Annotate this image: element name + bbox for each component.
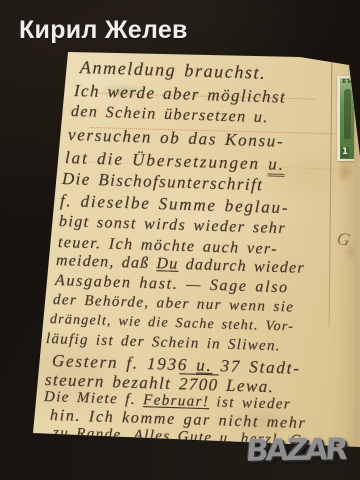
bazar-watermark-logo: BAZAR [245,435,347,467]
margin-scribble: G [335,228,352,251]
postcard-photo: Anmeldung brauchst. Ich werde aber mögli… [0,0,360,480]
handwriting-line: f. dieselbe Summe beglau- [60,192,290,216]
handwriting-line: der Behörde, aber nur wenn sie [53,293,295,316]
stamp-figure-icon [344,89,351,139]
handwriting-segment: u. [196,356,213,376]
handwriting-line: Anmeldung brauchst. [80,58,267,82]
handwriting-line: Ich werde aber möglichst [74,82,287,106]
stamp-value: 1 [341,147,349,158]
listing-title: Кирил Желев [19,16,188,45]
handwriting-segment: dadurch wieder [178,256,305,277]
postage-stamp: БЪ 1 [337,76,354,161]
handwriting-segment: Februar! [143,392,210,410]
handwriting-line: bigt sonst wirds wieder sehr [59,214,286,237]
handwriting-segment: 2700 [179,374,219,394]
handwriting-segment: ist wieder [209,394,291,413]
handwriting-line: Die Bischofsunterschrift [62,170,264,193]
stamp-country-label: БЪ [340,79,354,85]
handwriting-segment: meiden, daß [56,252,157,272]
pencil-margin-line [329,60,333,327]
handwriting-line: versuchen ob das Konsu- [68,126,285,150]
handwriting-segment: 37 Stadt- [212,356,301,378]
handwriting-line: den Schein übersetzen u. [71,104,269,126]
handwriting-segment: Die Miete f. [44,389,144,408]
stamp-design: БЪ 1 [340,78,354,159]
handwriting-segment: Lewa. [218,375,274,396]
photo-background: Anmeldung brauchst. Ich werde aber mögli… [0,0,360,480]
handwriting-segment: Du [156,255,178,273]
handwriting-segment: u. [268,154,285,177]
